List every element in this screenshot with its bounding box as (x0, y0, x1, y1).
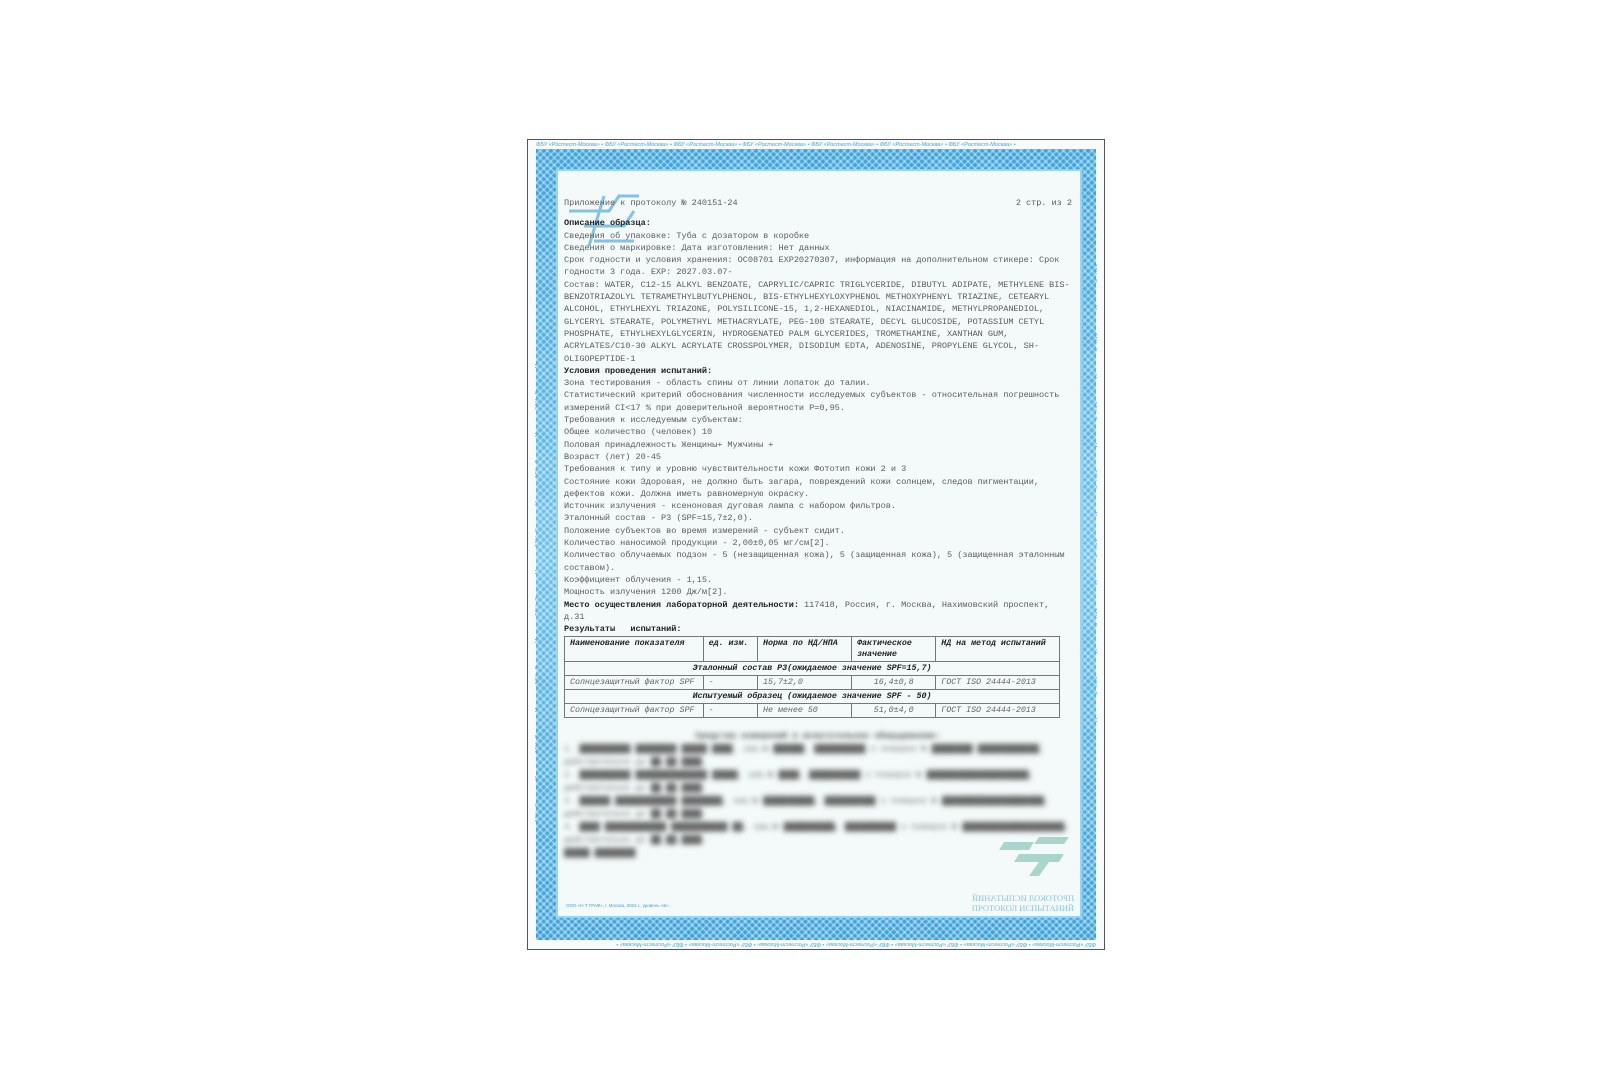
rim-watermark-top: ФБУ «Ростест-Москва» • ФБУ «Ростест-Моск… (536, 142, 1096, 148)
table-row: Солнцезащитный фактор SPF-15,7±2,016,4±0… (565, 676, 1060, 690)
condition-line: Половая принадлежность Женщины+ Мужчины … (564, 439, 1072, 451)
footer-title-text: ПРОТОКОЛ ИСПЫТАНИЙ (972, 903, 1074, 913)
footer-title: ПРОТОКОЛ ИСПЫТАНИЙ ПРОТОКОЛ ИСПЫТАНИЙ (972, 893, 1074, 913)
lab-location-label: Место осуществления лабораторной деятель… (564, 600, 799, 610)
condition-line: Мощность излучения 1200 Дж/м[2]. (564, 586, 1072, 598)
sample-line: Срок годности и условия хранения: OC0870… (564, 254, 1072, 279)
printer-note: ООО «Н Т ГРАФ», г. Москва, 2024 г., уров… (566, 903, 670, 908)
page-header: Приложение к протоколу № 240151-24 2 стр… (564, 197, 1072, 209)
table-cell: - (703, 704, 757, 718)
group-title: Испытуемый образец (ожидаемое значение S… (565, 690, 1060, 704)
group-title: Эталонный состав P3(ожидаемое значение S… (565, 662, 1060, 676)
condition-line: Эталонный состав - P3 (SPF=15,7±2,0). (564, 512, 1072, 524)
condition-line: Состояние кожи Здоровая, не должно быть … (564, 476, 1072, 501)
table-cell: 15,7±2,0 (758, 676, 852, 690)
condition-line: Коэффициент облучения - 1,15. (564, 574, 1072, 586)
table-cell: 51,0±4,0 (852, 704, 936, 718)
protocol-reference: Приложение к протоколу № 240151-24 (564, 197, 738, 209)
group-row: Испытуемый образец (ожидаемое значение S… (565, 690, 1060, 704)
test-conditions-heading: Условия проведения испытаний: (564, 365, 1072, 377)
condition-line: Статистический критерий обоснования числ… (564, 389, 1072, 414)
equipment-line: 3. ██████ ████████████ ████████, зав.№ █… (564, 795, 1072, 821)
rim-watermark-bottom: ФБУ «Ростест-Москва» • ФБУ «Ростест-Моск… (536, 941, 1096, 947)
sample-line: Сведения об упаковке: Туба с дозатором в… (564, 230, 1072, 242)
table-cell: Солнцезащитный фактор SPF (565, 676, 704, 690)
test-conditions-list: Зона тестирования - область спины от лин… (564, 377, 1072, 598)
table-cell: 16,4±0,8 (852, 676, 936, 690)
equipment-line: 2. ██████████ ██████████████ █████, зав.… (564, 769, 1072, 795)
table-cell: ГОСТ ISO 24444-2013 (936, 676, 1060, 690)
table-cell: ГОСТ ISO 24444-2013 (936, 704, 1060, 718)
page-number: 2 стр. из 2 (1016, 197, 1072, 209)
page-body: Приложение к протоколу № 240151-24 2 стр… (556, 169, 1082, 918)
table-cell: - (703, 676, 757, 690)
lab-location: Место осуществления лабораторной деятель… (564, 599, 1072, 624)
group-row: Эталонный состав P3(ожидаемое значение S… (565, 662, 1060, 676)
results-heading: Результаты испытаний: (564, 623, 1072, 635)
results-table: Наименование показателяед. изм.Норма по … (564, 636, 1060, 718)
decorative-frame: Приложение к протоколу № 240151-24 2 стр… (536, 149, 1096, 940)
sample-line: Сведения о маркировке: Дата изготовления… (564, 242, 1072, 254)
sample-description-heading: Описание образца: (564, 217, 1072, 229)
condition-line: Количество облучаемых подзон - 5 (незащи… (564, 549, 1072, 574)
condition-line: Зона тестирования - область спины от лин… (564, 377, 1072, 389)
condition-line: Количество наносимой продукции - 2,00±0,… (564, 537, 1072, 549)
column-header: Норма по НД/НПА (758, 637, 852, 662)
condition-line: Положение субъектов во время измерений -… (564, 525, 1072, 537)
table-cell: Солнцезащитный фактор SPF (565, 704, 704, 718)
table-cell: Не менее 50 (758, 704, 852, 718)
condition-line: Источник излучения - ксеноновая дуговая … (564, 500, 1072, 512)
composition-line: Состав: WATER, C12-15 ALKYL BENZOATE, CA… (564, 279, 1072, 365)
condition-line: Общее количество (человек) 10 (564, 426, 1072, 438)
document-content: Приложение к протоколу № 240151-24 2 стр… (564, 197, 1072, 860)
column-header: Фактическое значение (852, 637, 936, 662)
rostest-logo-watermark-icon (994, 832, 1072, 876)
column-header: Наименование показателя (565, 637, 704, 662)
equipment-heading: Средства измерений и испытательное обору… (564, 730, 1072, 743)
condition-line: Требования к исследуемым субъектам: (564, 414, 1072, 426)
footer-title-mirrored: ПРОТОКОЛ ИСПЫТАНИЙ (972, 893, 1074, 903)
column-header: НД на метод испытаний (936, 637, 1060, 662)
document-page: ФБУ «Ростест-Москва» • ФБУ «Ростест-Моск… (527, 139, 1105, 950)
equipment-line: 1. ██████████ ████████ █████ ████, зав.№… (564, 743, 1072, 769)
condition-line: Возраст (лет) 20-45 (564, 451, 1072, 463)
condition-line: Требования к типу и уровню чувствительно… (564, 463, 1072, 475)
column-header: ед. изм. (703, 637, 757, 662)
table-row: Солнцезащитный фактор SPF-Не менее 5051,… (565, 704, 1060, 718)
results-header-row: Наименование показателяед. изм.Норма по … (565, 637, 1060, 662)
